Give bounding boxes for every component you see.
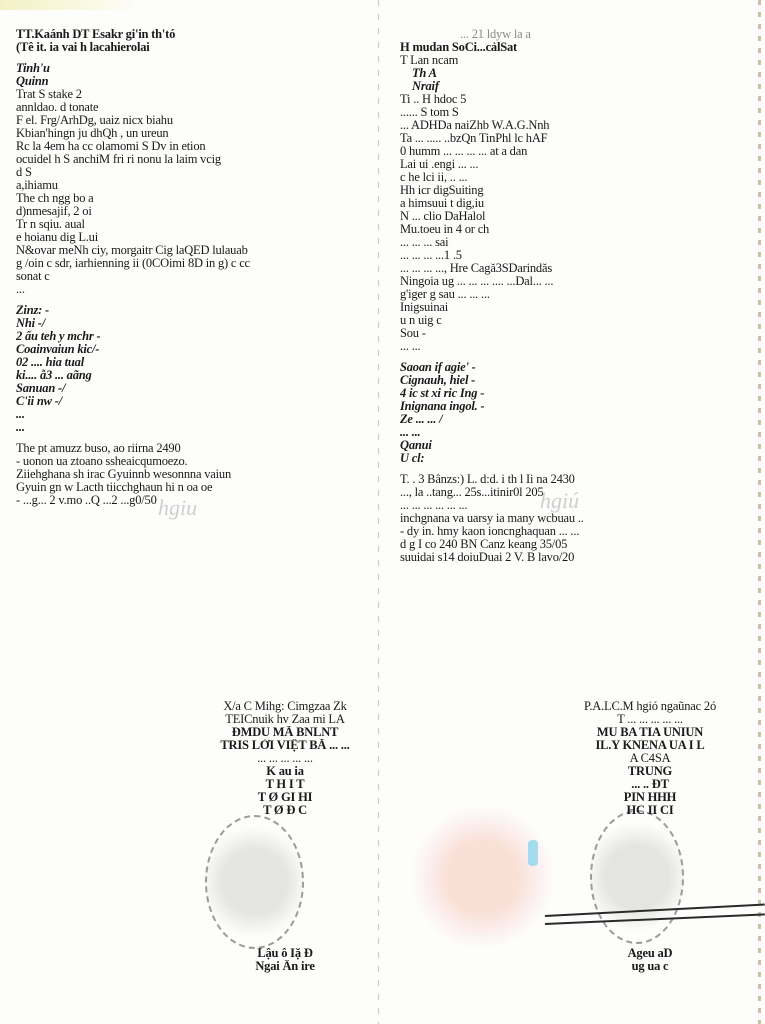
list-line: ki.... ẫ3 ... aãng <box>16 369 364 382</box>
text-line: Inigsuinai <box>400 301 748 314</box>
text-line: N&ovar meNh ciy, morgaitr Cig laQED lula… <box>16 244 364 257</box>
text-line: Trat S stake 2 <box>16 88 364 101</box>
signer-name: ug ua c <box>535 960 765 973</box>
right-italic-list: Saoan if agie' -Cignauh, hiel -4 ic st x… <box>400 361 748 465</box>
list-line: U cl: <box>400 452 748 465</box>
left-header-1: TT.Kaánh DT Esakr gi'in th'tó <box>16 28 364 41</box>
right-closing: T. . 3 Bânzs:) L. d:d. i th l Ii na 2430… <box>400 473 748 564</box>
watermark-left: hgiu <box>158 495 197 521</box>
signature-title-line: X/a C Mihg: Cimgzaa Zk <box>170 700 400 713</box>
list-line: C'ii nw -/ <box>16 395 364 408</box>
left-paragraph: Trat S stake 2annldao. d tonateF el. Frg… <box>16 88 364 296</box>
signature-title-line: T Ø GI HI <box>170 791 400 804</box>
list-line: 02 .... hia tual <box>16 356 364 369</box>
text-line: The ch ngg bo a <box>16 192 364 205</box>
left-section-title: Tinh'u <box>16 62 364 75</box>
signature-title-line: T Ø Ð C <box>170 804 400 817</box>
text-line: ...... S tom S <box>400 106 748 119</box>
list-line: 2 ấu teh y mchr - <box>16 330 364 343</box>
text-line: ... <box>16 283 364 296</box>
left-section-sub: Quinn <box>16 75 364 88</box>
list-line: Nhi -/ <box>16 317 364 330</box>
text-line: Gyuin gn w Lacth tiicchghaun hi n oa oe <box>16 481 364 494</box>
signature-title-line: P.A.LC.M hgió ngaũnac 2ó <box>535 700 765 713</box>
right-section-sub: Nraif <box>400 80 748 93</box>
text-line: Ningoia ug ... ... ... .... ...Dal... ..… <box>400 275 748 288</box>
text-line: suuidai s14 doiuDuai 2 V. B lavo/20 <box>400 551 748 564</box>
text-line: N ... clio DaHalol <box>400 210 748 223</box>
text-line: annldao. d tonate <box>16 101 364 114</box>
signature-title-line: PIN HHH <box>535 791 765 804</box>
text-line: sonat c <box>16 270 364 283</box>
text-line: u n uig c <box>400 314 748 327</box>
text-line: d g I co 240 BN Canz keang 35/05 <box>400 538 748 551</box>
text-line: 0 humm ... ... ... ... at a dan <box>400 145 748 158</box>
text-line: ... ... ... ..., Hre Cagă3SDarindăs <box>400 262 748 275</box>
right-page: ... 21 ldyw la a H mudan SoCi...cảlSat T… <box>400 28 748 564</box>
left-italic-list: Zinz: -Nhi -/2 ấu teh y mchr -Coainvaiun… <box>16 304 364 434</box>
text-line: e hoianu dig L.ui <box>16 231 364 244</box>
signature-block-right: P.A.LC.M hgió ngaũnac 2óT ... ... ... ..… <box>535 700 765 973</box>
watermark-right: hgiú <box>540 488 579 514</box>
right-header-1: ... 21 ldyw la a <box>400 28 748 41</box>
right-header-2: H mudan SoCi...cảlSat <box>400 41 748 54</box>
signature-title-line: IL.Y KNENA UA I L <box>535 739 765 752</box>
signature-title-line: ... .. ĐT <box>535 778 765 791</box>
list-line: Coainvaiun kic/- <box>16 343 364 356</box>
text-line: Sou - <box>400 327 748 340</box>
signer-name: Lậu ô Iặ Ð <box>170 947 400 960</box>
list-line: Ze ... ... / <box>400 413 748 426</box>
text-line: Hh icr digSuiting <box>400 184 748 197</box>
red-seal-faded <box>410 805 555 950</box>
text-line: a,ihiamu <box>16 179 364 192</box>
list-line: 4 ic st xi ric Ing - <box>400 387 748 400</box>
signer-name: Ageu aD <box>535 947 765 960</box>
text-line: The pt amuzz buso, ao riirna 2490 <box>16 442 364 455</box>
list-line: Saoan if agie' - <box>400 361 748 374</box>
text-line: Ziiehghana sh irac Gyuinnb wesonnna vaiu… <box>16 468 364 481</box>
text-line: T. . 3 Bânzs:) L. d:d. i th l Ii na 2430 <box>400 473 748 486</box>
text-line: ... ... <box>400 340 748 353</box>
signature-title-line: K au ia <box>170 765 400 778</box>
signature-title-line: HC II CI <box>535 804 765 817</box>
signature-title-line: A C4SA <box>535 752 765 765</box>
text-line: Tr n sqiu. aual <box>16 218 364 231</box>
text-line: ... ... ... ...1 .5 <box>400 249 748 262</box>
signature-block-left: X/a C Mihg: Cimgzaa ZkTEICnuik hv Zaa mi… <box>170 700 400 973</box>
scan-tint <box>0 0 140 10</box>
signer-name: Ngai Ấn ire <box>170 960 400 973</box>
right-paragraph: Ti .. H hdoc 5...... S tom S... ADHDa na… <box>400 93 748 353</box>
text-line: ... ... ... sai <box>400 236 748 249</box>
text-line: a himsuui t dig,iu <box>400 197 748 210</box>
text-line: Rc la 4em ha cc olamomi S Dv in etion <box>16 140 364 153</box>
text-line: g'iger g sau ... ... ... <box>400 288 748 301</box>
list-line: Sanuan -/ <box>16 382 364 395</box>
list-line: Qanui <box>400 439 748 452</box>
right-section-title: Th A <box>400 67 748 80</box>
signature-title-line: ĐMDU MÃ BNLNT <box>170 726 400 739</box>
text-line: F el. Frg/ArhDg, uaiz nicx biahu <box>16 114 364 127</box>
left-page: TT.Kaánh DT Esakr gi'in th'tó (Tê it. ia… <box>16 28 364 507</box>
text-line: Ti .. H hdoc 5 <box>400 93 748 106</box>
text-line: d)nmesajif, 2 oi <box>16 205 364 218</box>
text-line: ocuidel h S anchiM fri ri nonu la laim v… <box>16 153 364 166</box>
signature-title-line: TEICnuik hv Zaa mi LA <box>170 713 400 726</box>
text-line: c he lci ii, .. ... <box>400 171 748 184</box>
list-line: ... <box>16 408 364 421</box>
list-line: Zinz: - <box>16 304 364 317</box>
list-line: ... <box>16 421 364 434</box>
right-header-3: T Lan ncam <box>400 54 748 67</box>
text-line: - dy in. hmy kaon ioncnghaquan ... ... <box>400 525 748 538</box>
text-line: g /oin c sdr, iarhienning ii (0COimi 8D … <box>16 257 364 270</box>
text-line: Lai ui .engi ... ... <box>400 158 748 171</box>
text-line: Ta ... ..... ..bzQn TinPhl lc hAF <box>400 132 748 145</box>
list-line: Cignauh, hiel - <box>400 374 748 387</box>
text-line: d S <box>16 166 364 179</box>
signature-title-line: TRIS LỜI VIỆT BẮ ... ... <box>170 739 400 752</box>
signature-title-line: T H I T <box>170 778 400 791</box>
signature-title-line: TRUNG <box>535 765 765 778</box>
signature-title-line: T ... ... ... ... ... <box>535 713 765 726</box>
text-line: ... ADHDa naiZhb W.A.G.Nnh <box>400 119 748 132</box>
text-line: Mu.toeu in 4 or ch <box>400 223 748 236</box>
signature-title-line: MU BA TIA UNIUN <box>535 726 765 739</box>
text-line: Kbian'hingn ju dhQh , un ureun <box>16 127 364 140</box>
signature-title-line: ... ... ... ... ... <box>170 752 400 765</box>
list-line: ... ... <box>400 426 748 439</box>
left-header-2: (Tê it. ia vai h lacahierolai <box>16 41 364 54</box>
list-line: Inignana ingol. - <box>400 400 748 413</box>
text-line: - uonon ua ztoano ssheaicqumoezo. <box>16 455 364 468</box>
